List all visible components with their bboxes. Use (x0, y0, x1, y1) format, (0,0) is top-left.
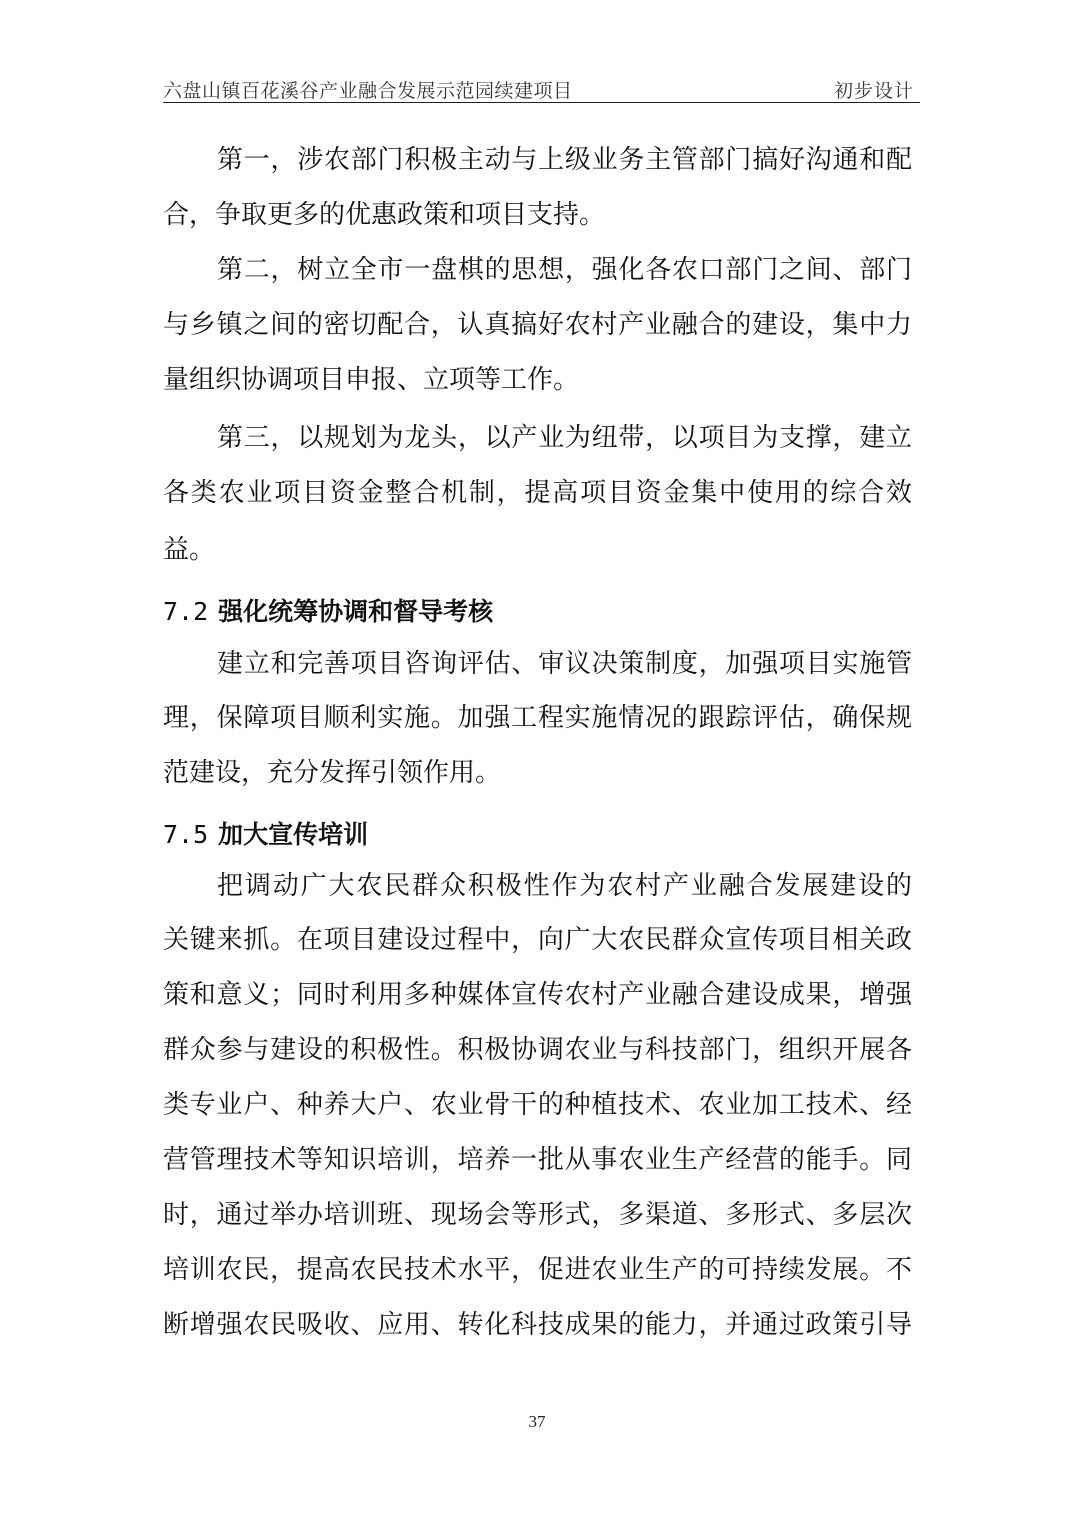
text-line: 培训农民，提高农民技术水平，促进农业生产的可持续发展。不 (163, 1253, 912, 1287)
text-line: 把调动广大农民群众积极性作为农村产业融合发展建设的 (217, 869, 912, 903)
text-line: 营管理技术等知识培训，培养一批从事农业生产经营的能手。同 (163, 1143, 912, 1177)
text-line: 第一，涉农部门积极主动与上级业务主管部门搞好沟通和配 (217, 143, 912, 177)
text-line: 关键来抓。在项目建设过程中，向广大农民群众宣传项目相关政 (163, 923, 912, 957)
text-line: 时，通过举办培训班、现场会等形式，多渠道、多形式、多层次 (163, 1198, 912, 1232)
text-line: 第二，树立全市一盘棋的思想，强化各农口部门之间、部门 (217, 253, 912, 287)
text-line: 第三，以规划为龙头，以产业为纽带，以项目为支撑，建立 (217, 421, 912, 455)
section-title: 加大宣传培训 (218, 820, 368, 849)
header-project-title: 六盘山镇百花溪谷产业融合发展示范园续建项目 (163, 76, 573, 103)
section-number: 7.5 (163, 820, 208, 849)
text-line: 群众参与建设的积极性。积极协调农业与科技部门，组织开展各 (163, 1033, 912, 1067)
text-line: 策和意义；同时利用多种媒体宣传农村产业融合建设成果，增强 (163, 978, 912, 1012)
section-title: 强化统筹协调和督导考核 (218, 597, 493, 626)
text-line: 各类农业项目资金整合机制，提高项目资金集中使用的综合效 (163, 476, 912, 510)
section-heading-7-2: 7.2强化统筹协调和督导考核 (163, 595, 493, 629)
section-number: 7.2 (163, 597, 208, 626)
page-header: 六盘山镇百花溪谷产业融合发展示范园续建项目 初步设计 (163, 76, 920, 103)
text-line: 量组织协调项目申报、立项等工作。 (163, 363, 912, 397)
header-doc-type: 初步设计 (834, 76, 914, 103)
text-line: 合，争取更多的优惠政策和项目支持。 (163, 198, 912, 232)
text-line: 范建设，充分发挥引领作用。 (163, 756, 912, 790)
text-line: 建立和完善项目咨询评估、审议决策制度，加强项目实施管 (217, 647, 912, 681)
text-line: 类专业户、种养大户、农业骨干的种植技术、农业加工技术、经 (163, 1088, 912, 1122)
section-heading-7-5: 7.5加大宣传培训 (163, 818, 368, 852)
text-line: 断增强农民吸收、应用、转化科技成果的能力，并通过政策引导 (163, 1308, 912, 1342)
text-line: 理，保障项目顺利实施。加强工程实施情况的跟踪评估，确保规 (163, 701, 912, 735)
text-line: 益。 (163, 533, 912, 567)
text-line: 与乡镇之间的密切配合，认真搞好农村产业融合的建设，集中力 (163, 308, 912, 342)
page-number: 37 (0, 1412, 1074, 1432)
